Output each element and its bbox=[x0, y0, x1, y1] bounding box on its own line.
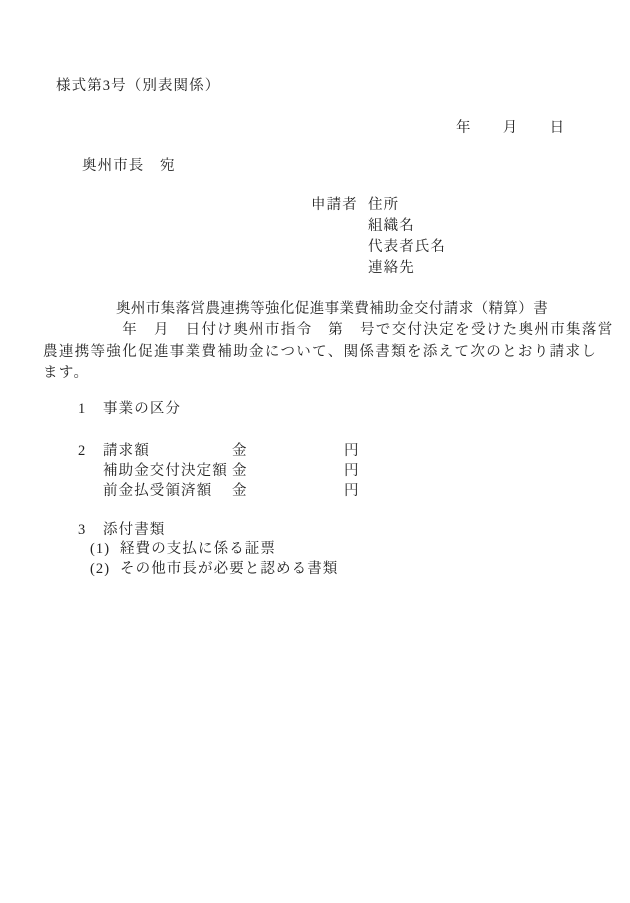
claim-amount-currency-suffix: 円 bbox=[344, 444, 360, 459]
attachment-item-2-number: (2) bbox=[90, 562, 110, 577]
section-3-heading: 添付書類 bbox=[103, 523, 165, 538]
body-paragraph-line-2: 農連携等強化促進事業費補助金について、関係書類を添えて次のとおり請求し bbox=[43, 345, 597, 360]
advance-received-currency-suffix: 円 bbox=[344, 484, 360, 499]
addressee-line: 奥州市長 宛 bbox=[82, 159, 176, 174]
body-paragraph-line-3: ます。 bbox=[43, 366, 89, 381]
section-1-number: 1 bbox=[78, 402, 86, 417]
attachment-item-1-text: 経費の支払に係る証票 bbox=[120, 542, 276, 557]
document-title: 奥州市集落営農連携等強化促進事業費補助金交付請求（精算）書 bbox=[116, 302, 548, 317]
form-number-label: 様式第3号（別表関係） bbox=[56, 79, 220, 94]
advance-received-currency-prefix: 金 bbox=[232, 484, 248, 499]
section-1-heading: 事業の区分 bbox=[103, 402, 181, 417]
applicant-field-contact: 連絡先 bbox=[368, 261, 415, 276]
grant-decision-currency-prefix: 金 bbox=[232, 464, 248, 479]
claim-amount-label: 請求額 bbox=[103, 444, 150, 459]
grant-decision-currency-suffix: 円 bbox=[344, 464, 360, 479]
claim-amount-currency-prefix: 金 bbox=[232, 444, 248, 459]
body-paragraph-line-1: 年 月 日付け奥州市指令 第 号で交付決定を受けた奥州市集落営 bbox=[43, 323, 614, 338]
attachment-item-1-number: (1) bbox=[90, 542, 110, 557]
applicant-label: 申請者 bbox=[311, 198, 358, 213]
advance-received-amount-label: 前金払受領済額 bbox=[103, 484, 212, 499]
applicant-field-address: 住所 bbox=[368, 198, 399, 213]
attachment-item-2-text: その他市長が必要と認める書類 bbox=[120, 562, 338, 577]
document-page: 様式第3号（別表関係） 年 月 日 奥州市長 宛 申請者 住所 組織名 代表者氏… bbox=[0, 0, 630, 903]
applicant-field-representative: 代表者氏名 bbox=[368, 240, 446, 255]
applicant-field-organization: 組織名 bbox=[368, 219, 415, 234]
grant-decision-amount-label: 補助金交付決定額 bbox=[103, 464, 228, 479]
section-2-number: 2 bbox=[78, 444, 86, 459]
section-3-number: 3 bbox=[78, 523, 86, 538]
date-line: 年 月 日 bbox=[456, 121, 565, 136]
